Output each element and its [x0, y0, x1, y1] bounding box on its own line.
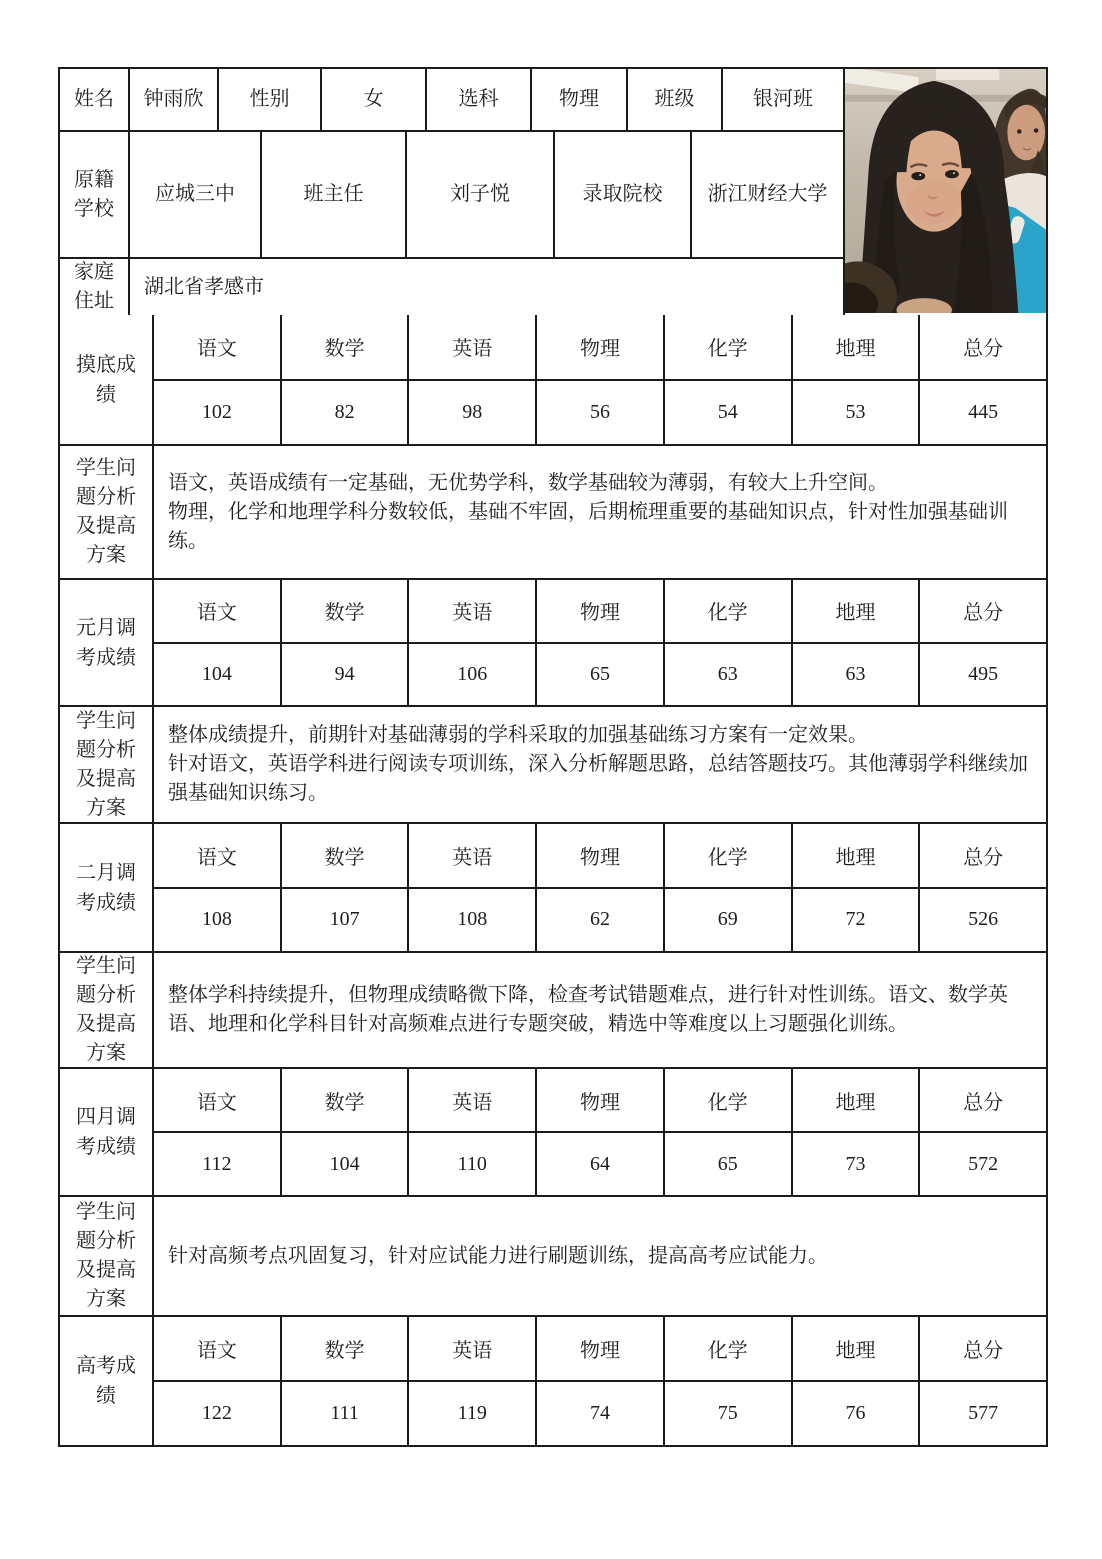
- score-value-cell: 62: [537, 889, 665, 952]
- subject-header-cell: 化学: [665, 1069, 793, 1131]
- analysis-section-3: 学生问题分析及提高方案 整体学科持续提升，但物理成绩略微下降，检查考试错题难点，…: [60, 953, 1046, 1069]
- score-value-cell: 445: [920, 381, 1046, 445]
- subject-header-cell: 化学: [665, 824, 793, 887]
- score-value-cell: 106: [409, 644, 537, 706]
- subject-header-cell: 语文: [154, 824, 282, 887]
- subject-header-cell: 物理: [537, 315, 665, 379]
- score-value-cell: 63: [665, 644, 793, 706]
- subject-header-cell: 数学: [282, 580, 410, 642]
- score-value-row: 104 94 106 65 63 63 495: [154, 644, 1046, 706]
- score-value-cell: 94: [282, 644, 410, 706]
- subject-header-row: 语文 数学 英语 物理 化学 地理 总分: [154, 824, 1046, 889]
- score-value-cell: 82: [282, 381, 410, 445]
- identity-row-3: 家庭住址 湖北省孝感市: [60, 259, 843, 315]
- subject-header-cell: 数学: [282, 1069, 410, 1131]
- subject-header-cell: 语文: [154, 580, 282, 642]
- analysis-line: 针对语文，英语学科进行阅读专项训练，深入分析解题思路，总结答题技巧。其他薄弱学科…: [168, 750, 1034, 808]
- subject-header-cell: 语文: [154, 315, 282, 379]
- address-value-cell: 湖北省孝感市: [130, 259, 843, 315]
- score-value-cell: 53: [793, 381, 921, 445]
- elective-value-cell: 物理: [532, 69, 628, 130]
- analysis-text: 整体成绩提升，前期针对基础薄弱的学科采取的加强基础练习方案有一定效果。 针对语文…: [154, 707, 1046, 822]
- score-value-cell: 119: [409, 1382, 537, 1445]
- origin-school-label-cell: 原籍学校: [60, 132, 130, 257]
- college-label-cell: 录取院校: [555, 132, 692, 257]
- score-value-cell: 74: [537, 1382, 665, 1445]
- subject-header-cell: 总分: [920, 1069, 1046, 1131]
- analysis-section-label: 学生问题分析及提高方案: [60, 1197, 154, 1315]
- score-section-label: 二月调考成绩: [60, 824, 154, 951]
- subject-header-cell: 地理: [793, 1317, 921, 1380]
- score-value-cell: 526: [920, 889, 1046, 952]
- analysis-line: 整体成绩提升，前期针对基础薄弱的学科采取的加强基础练习方案有一定效果。: [168, 721, 1034, 750]
- subject-header-cell: 英语: [409, 315, 537, 379]
- score-value-cell: 65: [537, 644, 665, 706]
- gender-label-cell: 性别: [219, 69, 322, 130]
- score-section-label: 高考成绩: [60, 1317, 154, 1445]
- class-value-cell: 银河班: [723, 69, 843, 130]
- head-teacher-value-cell: 刘子悦: [407, 132, 555, 257]
- score-value-cell: 104: [282, 1133, 410, 1195]
- subject-header-cell: 物理: [537, 580, 665, 642]
- subject-header-cell: 数学: [282, 1317, 410, 1380]
- identity-block: 姓名 钟雨欣 性别 女 选科 物理 班级 银河班 原籍学校 应城三中 班主任 刘…: [60, 69, 1046, 315]
- subject-header-cell: 数学: [282, 824, 410, 887]
- score-value-cell: 76: [793, 1382, 921, 1445]
- score-section-label: 摸底成绩: [60, 315, 154, 444]
- subject-header-cell: 地理: [793, 824, 921, 887]
- subject-header-cell: 总分: [920, 824, 1046, 887]
- score-value-cell: 108: [154, 889, 282, 952]
- score-section-label: 四月调考成绩: [60, 1069, 154, 1195]
- elective-label-cell: 选科: [427, 69, 532, 130]
- subject-header-cell: 英语: [409, 580, 537, 642]
- score-value-cell: 577: [920, 1382, 1046, 1445]
- score-section-baseline: 摸底成绩 语文 数学 英语 物理 化学 地理 总分 102 82 98 56 5…: [60, 315, 1046, 446]
- origin-school-value-cell: 应城三中: [130, 132, 262, 257]
- score-value-cell: 73: [793, 1133, 921, 1195]
- subject-header-cell: 地理: [793, 315, 921, 379]
- score-value-row: 112 104 110 64 65 73 572: [154, 1133, 1046, 1195]
- score-value-cell: 112: [154, 1133, 282, 1195]
- score-value-cell: 111: [282, 1382, 410, 1445]
- analysis-line: 语文，英语成绩有一定基础，无优势学科，数学基础较为薄弱，有较大上升空间。: [168, 469, 1034, 498]
- student-photo: [845, 69, 1046, 313]
- subject-header-cell: 语文: [154, 1317, 282, 1380]
- score-value-cell: 65: [665, 1133, 793, 1195]
- name-label-cell: 姓名: [60, 69, 130, 130]
- subject-header-row: 语文 数学 英语 物理 化学 地理 总分: [154, 580, 1046, 644]
- analysis-line: 针对高频考点巩固复习，针对应试能力进行刷题训练，提高高考应试能力。: [168, 1242, 1034, 1271]
- analysis-section-2: 学生问题分析及提高方案 整体成绩提升，前期针对基础薄弱的学科采取的加强基础练习方…: [60, 707, 1046, 824]
- address-label-cell: 家庭住址: [60, 259, 130, 315]
- subject-header-cell: 物理: [537, 824, 665, 887]
- analysis-line: 物理，化学和地理学科分数较低，基础不牢固，后期梳理重要的基础知识点，针对性加强基…: [168, 498, 1034, 556]
- subject-header-cell: 数学: [282, 315, 410, 379]
- score-section-april: 四月调考成绩 语文 数学 英语 物理 化学 地理 总分 112 104 110 …: [60, 1069, 1046, 1197]
- analysis-text: 语文，英语成绩有一定基础，无优势学科，数学基础较为薄弱，有较大上升空间。 物理，…: [154, 446, 1046, 578]
- score-value-cell: 572: [920, 1133, 1046, 1195]
- analysis-section-label: 学生问题分析及提高方案: [60, 446, 154, 578]
- subject-header-cell: 地理: [793, 580, 921, 642]
- class-label-cell: 班级: [628, 69, 723, 130]
- analysis-text: 针对高频考点巩固复习，针对应试能力进行刷题训练，提高高考应试能力。: [154, 1197, 1046, 1315]
- score-value-row: 108 107 108 62 69 72 526: [154, 889, 1046, 952]
- identity-fields: 姓名 钟雨欣 性别 女 选科 物理 班级 银河班 原籍学校 应城三中 班主任 刘…: [60, 69, 845, 315]
- college-value-cell: 浙江财经大学: [692, 132, 843, 257]
- subject-header-cell: 语文: [154, 1069, 282, 1131]
- score-value-cell: 64: [537, 1133, 665, 1195]
- analysis-section-label: 学生问题分析及提高方案: [60, 953, 154, 1067]
- score-section-february: 二月调考成绩 语文 数学 英语 物理 化学 地理 总分 108 107 108 …: [60, 824, 1046, 953]
- subject-header-cell: 总分: [920, 1317, 1046, 1380]
- score-section-january: 元月调考成绩 语文 数学 英语 物理 化学 地理 总分 104 94 106 6…: [60, 580, 1046, 707]
- subject-header-row: 语文 数学 英语 物理 化学 地理 总分: [154, 1317, 1046, 1382]
- score-value-cell: 110: [409, 1133, 537, 1195]
- subject-header-cell: 物理: [537, 1317, 665, 1380]
- subject-header-row: 语文 数学 英语 物理 化学 地理 总分: [154, 1069, 1046, 1133]
- subject-header-cell: 英语: [409, 824, 537, 887]
- score-value-cell: 72: [793, 889, 921, 952]
- head-teacher-label-cell: 班主任: [262, 132, 407, 257]
- subject-header-cell: 总分: [920, 580, 1046, 642]
- score-value-row: 122 111 119 74 75 76 577: [154, 1382, 1046, 1445]
- score-value-cell: 495: [920, 644, 1046, 706]
- analysis-line: 整体学科持续提升，但物理成绩略微下降，检查考试错题难点，进行针对性训练。语文、数…: [168, 981, 1034, 1039]
- score-section-label: 元月调考成绩: [60, 580, 154, 705]
- score-section-gaokao: 高考成绩 语文 数学 英语 物理 化学 地理 总分 122 111 119 74…: [60, 1317, 1046, 1445]
- analysis-section-1: 学生问题分析及提高方案 语文，英语成绩有一定基础，无优势学科，数学基础较为薄弱，…: [60, 446, 1046, 580]
- score-value-cell: 104: [154, 644, 282, 706]
- student-record-table: 姓名 钟雨欣 性别 女 选科 物理 班级 银河班 原籍学校 应城三中 班主任 刘…: [58, 67, 1048, 1447]
- score-value-cell: 108: [409, 889, 537, 952]
- subject-header-row: 语文 数学 英语 物理 化学 地理 总分: [154, 315, 1046, 381]
- subject-header-cell: 英语: [409, 1317, 537, 1380]
- score-value-row: 102 82 98 56 54 53 445: [154, 381, 1046, 445]
- subject-header-cell: 化学: [665, 580, 793, 642]
- identity-row-1: 姓名 钟雨欣 性别 女 选科 物理 班级 银河班: [60, 69, 843, 132]
- name-value-cell: 钟雨欣: [130, 69, 219, 130]
- score-value-cell: 54: [665, 381, 793, 445]
- gender-value-cell: 女: [322, 69, 427, 130]
- subject-header-cell: 英语: [409, 1069, 537, 1131]
- score-value-cell: 122: [154, 1382, 282, 1445]
- subject-header-cell: 化学: [665, 1317, 793, 1380]
- subject-header-cell: 物理: [537, 1069, 665, 1131]
- subject-header-cell: 化学: [665, 315, 793, 379]
- analysis-section-4: 学生问题分析及提高方案 针对高频考点巩固复习，针对应试能力进行刷题训练，提高高考…: [60, 1197, 1046, 1317]
- score-value-cell: 63: [793, 644, 921, 706]
- score-value-cell: 69: [665, 889, 793, 952]
- analysis-text: 整体学科持续提升，但物理成绩略微下降，检查考试错题难点，进行针对性训练。语文、数…: [154, 953, 1046, 1067]
- score-value-cell: 102: [154, 381, 282, 445]
- identity-row-2: 原籍学校 应城三中 班主任 刘子悦 录取院校 浙江财经大学: [60, 132, 843, 259]
- subject-header-cell: 地理: [793, 1069, 921, 1131]
- score-value-cell: 98: [409, 381, 537, 445]
- analysis-section-label: 学生问题分析及提高方案: [60, 707, 154, 822]
- score-value-cell: 107: [282, 889, 410, 952]
- subject-header-cell: 总分: [920, 315, 1046, 379]
- score-value-cell: 56: [537, 381, 665, 445]
- score-value-cell: 75: [665, 1382, 793, 1445]
